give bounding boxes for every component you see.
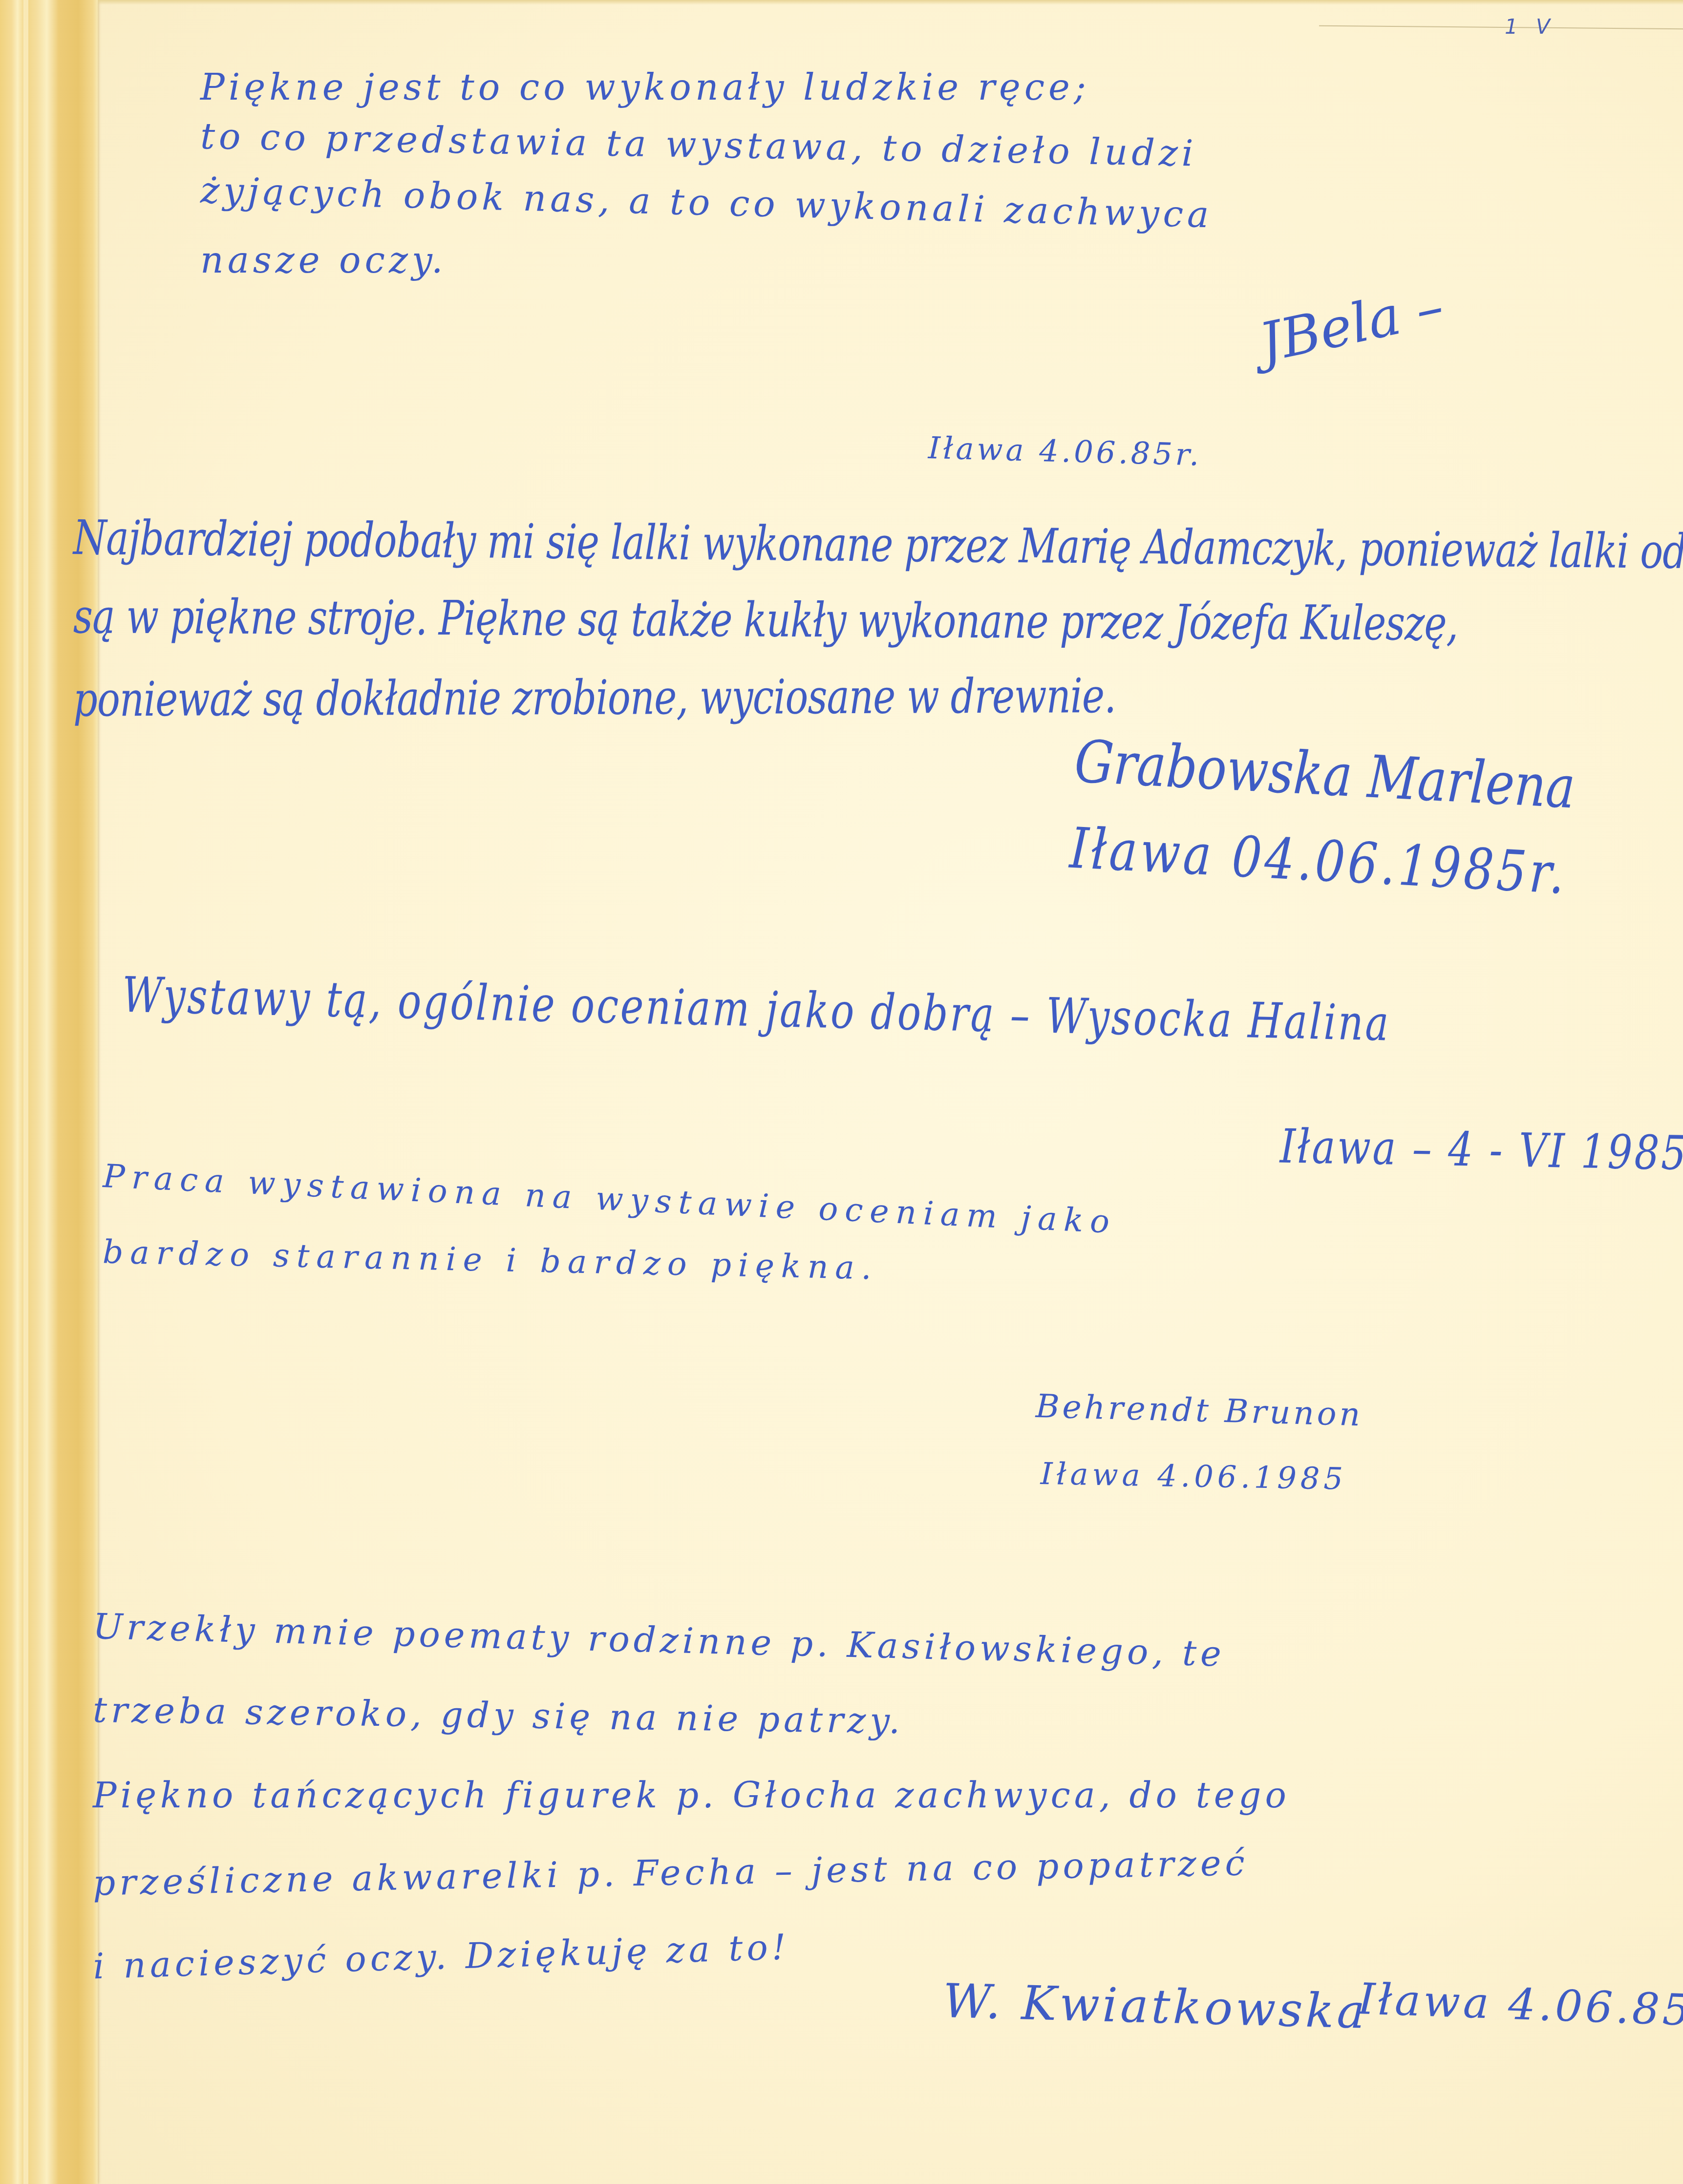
entry-5-text: Urzekły mnie poematy rodzinne p. Kasiłow… — [93, 1602, 1290, 1988]
entry-line: trzeba szeroko, gdy się na nie patrzy. — [92, 1671, 1291, 1765]
entry-2-text: Najbardziej podobały mi się lalki wykona… — [73, 508, 1683, 735]
entry-line: Wystawy tą, ogólnie oceniam jako dobrą –… — [122, 966, 1391, 1052]
entry-1-signature: JBela – — [1254, 275, 1449, 374]
entry-3-place-date: Iława – 4 - VI 1985 - — [1279, 1119, 1683, 1181]
ruled-line — [1319, 25, 1683, 30]
entry-3-text: Wystawy tą, ogólnie oceniam jako dobrą –… — [122, 966, 1391, 1052]
entry-2-place-date: Iława 04.06.1985r. — [1068, 815, 1569, 907]
binding-tape-strip — [0, 0, 98, 2184]
entry-4-signature: Behrendt Brunon — [1035, 1387, 1363, 1434]
entry-1-place-date: Iława 4.06.85r. — [928, 430, 1202, 473]
entry-4-text: Praca wystawiona na wystawie oceniam jak… — [103, 1167, 1117, 1294]
entry-5-place-date: Iława 4.06.85r. — [1357, 1973, 1683, 2036]
entry-line: Piękno tańczących figurek p. Głocha zach… — [93, 1757, 1290, 1834]
page-mark: 1 V — [1505, 15, 1556, 39]
entry-line: ponieważ są dokładnie zrobione, wyciosan… — [73, 647, 1683, 748]
entry-4-place-date: Iława 4.06.1985 — [1040, 1456, 1347, 1497]
entry-5-signature: W. Kwiatkowska — [942, 1973, 1369, 2039]
entry-line: Piękne jest to co wykonały ludzkie ręce; — [200, 59, 1213, 116]
page-top-edge — [98, 0, 1683, 5]
guestbook-page: 1 V Piękne jest to co wykonały ludzkie r… — [0, 0, 1683, 2184]
entry-1-text: Piękne jest to co wykonały ludzkie ręce;… — [200, 59, 1213, 289]
